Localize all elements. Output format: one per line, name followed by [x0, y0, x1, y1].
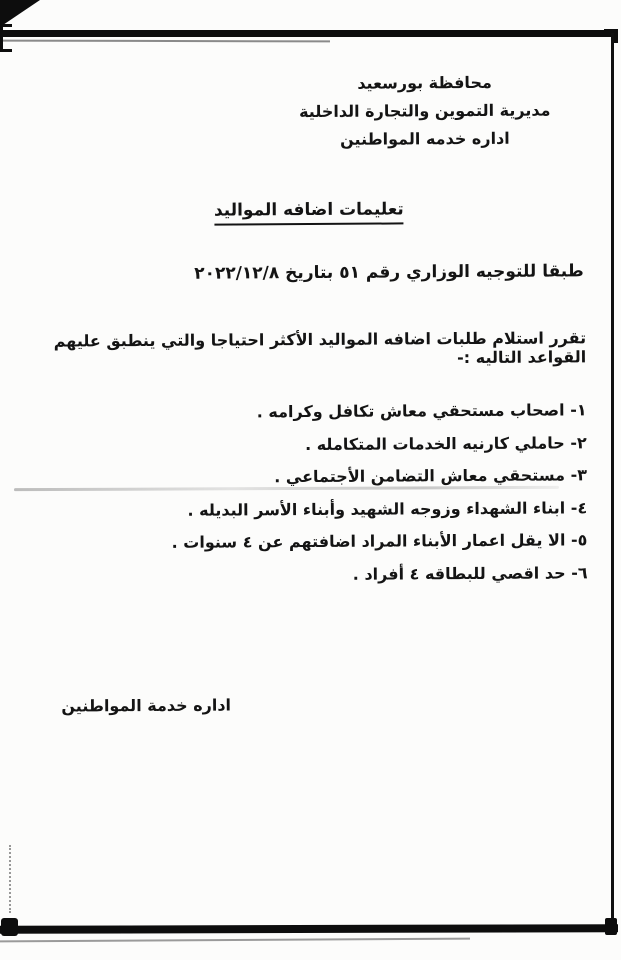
document-content: محافظة بورسعيد مديرية التموين والتجارة ا…	[0, 0, 621, 960]
rule-item-4: ٤- ابناء الشهداء وزوجه الشهيد وأبناء الأ…	[171, 492, 587, 527]
letterhead-governorate: محافظة بورسعيد	[296, 69, 552, 99]
rule-item-1: ١- اصحاب مستحقي معاش تكافل وكرامه .	[171, 394, 587, 429]
rules-list: ١- اصحاب مستحقي معاش تكافل وكرامه . ٢- ح…	[171, 394, 588, 592]
document-title: تعليمات اضافه المواليد	[214, 199, 404, 225]
ministerial-directive-line: طبقا للتوجيه الوزاري رقم ٥١ بتاريخ ٢٠٢٢/…	[194, 261, 584, 283]
rule-item-6: ٦- حد اقصي للبطاقه ٤ أفراد .	[172, 557, 588, 592]
rule-item-2: ٢- حاملي كارنيه الخدمات المتكامله .	[171, 427, 587, 462]
signature-department: اداره خدمة المواطنين	[61, 695, 231, 715]
rule-item-5: ٥- الا يقل اعمار الأبناء المراد اضافتهم …	[172, 524, 588, 559]
letterhead-directorate: مديرية التموين والتجارة الداخلية	[297, 97, 553, 127]
scanned-document-page: محافظة بورسعيد مديرية التموين والتجارة ا…	[0, 0, 621, 960]
document-title-row: تعليمات اضافه المواليد	[0, 198, 619, 227]
rule-item-3: ٣- مستحقي معاش التضامن الأجتماعي .	[171, 459, 587, 494]
letterhead-department: اداره خدمه المواطنين	[297, 125, 553, 155]
letterhead: محافظة بورسعيد مديرية التموين والتجارة ا…	[296, 69, 553, 155]
intro-paragraph: تقرر استلام طلبات اضافه المواليد الأكثر …	[39, 328, 586, 369]
